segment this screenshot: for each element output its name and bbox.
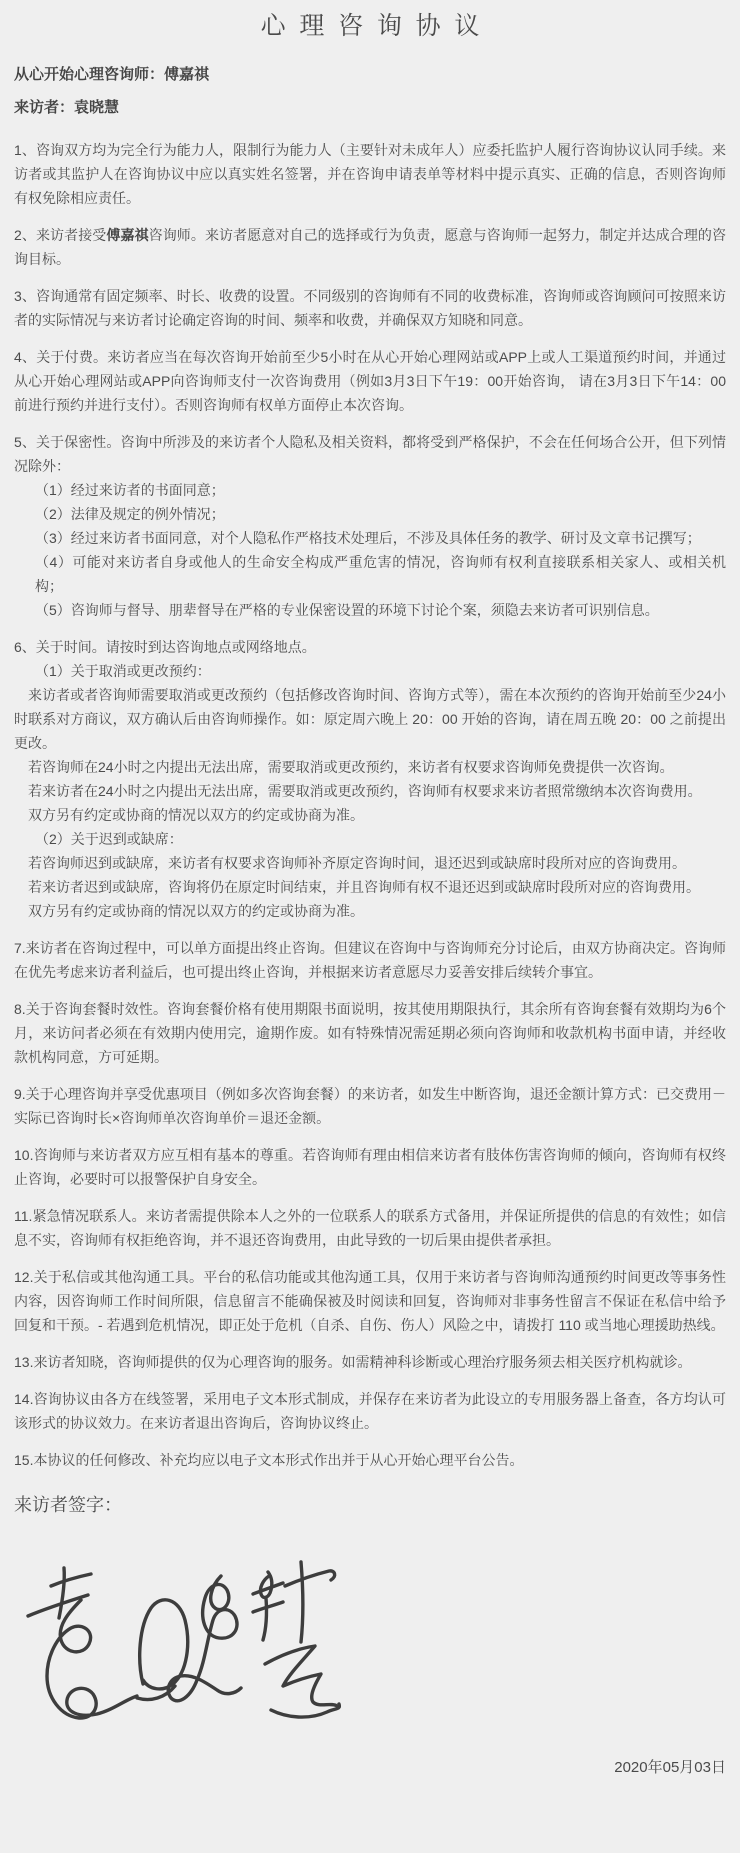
clause-5-head: 5、关于保密性。咨询中所涉及的来访者个人隐私及相关资料，都将受到严格保护，不会在… [14, 430, 726, 478]
clause-15: 15.本协议的任何修改、补充均应以电子文本形式作出并于从心开始心理平台公告。 [14, 1448, 726, 1472]
clause-14: 14.咨询协议由各方在线签署，采用电子文本形式制成，并保存在来访者为此设立的专用… [14, 1387, 726, 1435]
signature-stroke [28, 1595, 88, 1616]
signature-stroke [168, 1576, 241, 1701]
clause-7-text: 7.来访者在咨询过程中，可以单方面提出终止咨询。但建议在咨询中与咨询师充分讨论后… [14, 936, 726, 984]
clause-5-item: （4）可能对来访者自身或他人的生命安全构成严重危害的情况，咨询师有权利直接联系相… [14, 550, 726, 598]
clause-6-head: 6、关于时间。请按时到达咨询地点或网络地点。 [14, 635, 726, 659]
signature-stroke [59, 1568, 64, 1618]
clause-6-sub1-line: 双方另有约定或协商的情况以双方的约定或协商为准。 [14, 803, 726, 827]
clause-7: 7.来访者在咨询过程中，可以单方面提出终止咨询。但建议在咨询中与咨询师充分讨论后… [14, 936, 726, 984]
clause-14-text: 14.咨询协议由各方在线签署，采用电子文本形式制成，并保存在来访者为此设立的专用… [14, 1387, 726, 1435]
clause-6-sub1-para: 来访者或者咨询师需要取消或更改预约（包括修改咨询时间、咨询方式等），需在本次预约… [14, 683, 726, 755]
signature-stroke [51, 1574, 91, 1586]
clause-6-sub2-label: （2）关于迟到或缺席： [14, 827, 726, 851]
clause-11: 11.紧急情况联系人。来访者需提供除本人之外的一位联系人的联系方式备用，并保证所… [14, 1204, 726, 1252]
handwritten-signature [25, 1546, 355, 1736]
clause-4: 4、关于付费。来访者应当在每次咨询开始前至少5小时在从心开始心理网站或APP上或… [14, 345, 726, 417]
page-title: 心理咨询协议 [14, 10, 726, 42]
clause-1: 1、咨询双方均为完全行为能力人，限制行为能力人（主要针对未成年人）应委托监护人履… [14, 138, 726, 210]
clause-6-sub1-line: 若来访者在24小时之内提出无法出席，需要取消或更改预约，咨询师有权要求来访者照常… [14, 779, 726, 803]
signature-label: 来访者签字： [14, 1494, 726, 1516]
clause-13: 13.来访者知晓，咨询师提供的仅为心理咨询的服务。如需精神科诊断或心理治疗服务须… [14, 1350, 726, 1374]
clause-2-prefix: 2、来访者接受 [14, 227, 106, 243]
clause-4-text: 4、关于付费。来访者应当在每次咨询开始前至少5小时在从心开始心理网站或APP上或… [14, 345, 726, 417]
clause-5-item: （5）咨询师与督导、朋辈督导在严格的专业保密设置的环境下讨论个案，须隐去来访者可… [14, 598, 726, 622]
clause-2: 2、来访者接受傅嘉祺咨询师。来访者愿意对自己的选择或行为负责，愿意与咨询师一起努… [14, 223, 726, 271]
counselor-name: 傅嘉祺 [106, 227, 148, 243]
clause-5-item: （1）经过来访者的书面同意； [14, 478, 726, 502]
clause-15-text: 15.本协议的任何修改、补充均应以电子文本形式作出并于从心开始心理平台公告。 [14, 1448, 726, 1472]
clause-11-text: 11.紧急情况联系人。来访者需提供除本人之外的一位联系人的联系方式备用，并保证所… [14, 1204, 726, 1252]
clause-6: 6、关于时间。请按时到达咨询地点或网络地点。 （1）关于取消或更改预约： 来访者… [14, 635, 726, 923]
clause-6-sub2-line: 双方另有约定或协商的情况以双方的约定或协商为准。 [14, 899, 726, 923]
signature-stroke [285, 1562, 335, 1642]
clause-6-sub2-line: 若咨询师迟到或缺席，来访者有权要求咨询师补齐原定咨询时间，退还迟到或缺席时段所对… [14, 851, 726, 875]
clause-6-sub1-line: 若咨询师在24小时之内提出无法出席，需要取消或更改预约，来访者有权要求咨询师免费… [14, 755, 726, 779]
clause-9: 9.关于心理咨询并享受优惠项目（例如多次咨询套餐）的来访者，如发生中断咨询，退还… [14, 1082, 726, 1130]
agreement-document: 心理咨询协议 从心开始心理咨询师：傅嘉祺 来访者：袁晓慧 1、咨询双方均为完全行… [0, 0, 740, 1853]
signature-date: 2020年05月03日 [14, 1758, 726, 1778]
clause-6-sub1-label: （1）关于取消或更改预约： [14, 659, 726, 683]
counselor-line: 从心开始心理咨询师：傅嘉祺 [14, 66, 726, 83]
clause-12-text: 12.关于私信或其他沟通工具。平台的私信功能或其他沟通工具，仅用于来访者与咨询师… [14, 1265, 726, 1337]
clause-3-text: 3、咨询通常有固定频率、时长、收费的设置。不同级别的咨询师有不同的收费标准，咨询… [14, 284, 726, 332]
clause-9-text: 9.关于心理咨询并享受优惠项目（例如多次咨询套餐）的来访者，如发生中断咨询，退还… [14, 1082, 726, 1130]
clause-8-text: 8.关于咨询套餐时效性。咨询套餐价格有使用期限书面说明，按其使用期限执行，其余所… [14, 997, 726, 1069]
clause-10: 10.咨询师与来访者双方应互相有基本的尊重。若咨询师有理由相信来访者有肢体伤害咨… [14, 1143, 726, 1191]
clause-5-item: （3）经过来访者书面同意，对个人隐私作严格技术处理后，不涉及具体任务的教学、研讨… [14, 526, 726, 550]
visitor-line: 来访者：袁晓慧 [14, 99, 726, 116]
clause-6-sub2-line: 若来访者迟到或缺席，咨询将仍在原定时间结束，并且咨询师有权不退还迟到或缺席时段所… [14, 875, 726, 899]
clause-5-item: （2）法律及规定的例外情况； [14, 502, 726, 526]
clause-8: 8.关于咨询套餐时效性。咨询套餐价格有使用期限书面说明，按其使用期限执行，其余所… [14, 997, 726, 1069]
clause-3: 3、咨询通常有固定频率、时长、收费的设置。不同级别的咨询师有不同的收费标准，咨询… [14, 284, 726, 332]
clause-1-text: 1、咨询双方均为完全行为能力人，限制行为能力人（主要针对未成年人）应委托监护人履… [14, 138, 726, 210]
clause-13-text: 13.来访者知晓，咨询师提供的仅为心理咨询的服务。如需精神科诊断或心理治疗服务须… [14, 1350, 726, 1374]
clause-2-text: 2、来访者接受傅嘉祺咨询师。来访者愿意对自己的选择或行为负责，愿意与咨询师一起努… [14, 223, 726, 271]
clause-5: 5、关于保密性。咨询中所涉及的来访者个人隐私及相关资料，都将受到严格保护，不会在… [14, 430, 726, 622]
clause-12: 12.关于私信或其他沟通工具。平台的私信功能或其他沟通工具，仅用于来访者与咨询师… [14, 1265, 726, 1337]
clause-list: 1、咨询双方均为完全行为能力人，限制行为能力人（主要针对未成年人）应委托监护人履… [14, 138, 726, 1472]
clause-10-text: 10.咨询师与来访者双方应互相有基本的尊重。若咨询师有理由相信来访者有肢体伤害咨… [14, 1143, 726, 1191]
signature-stroke [265, 1646, 337, 1706]
